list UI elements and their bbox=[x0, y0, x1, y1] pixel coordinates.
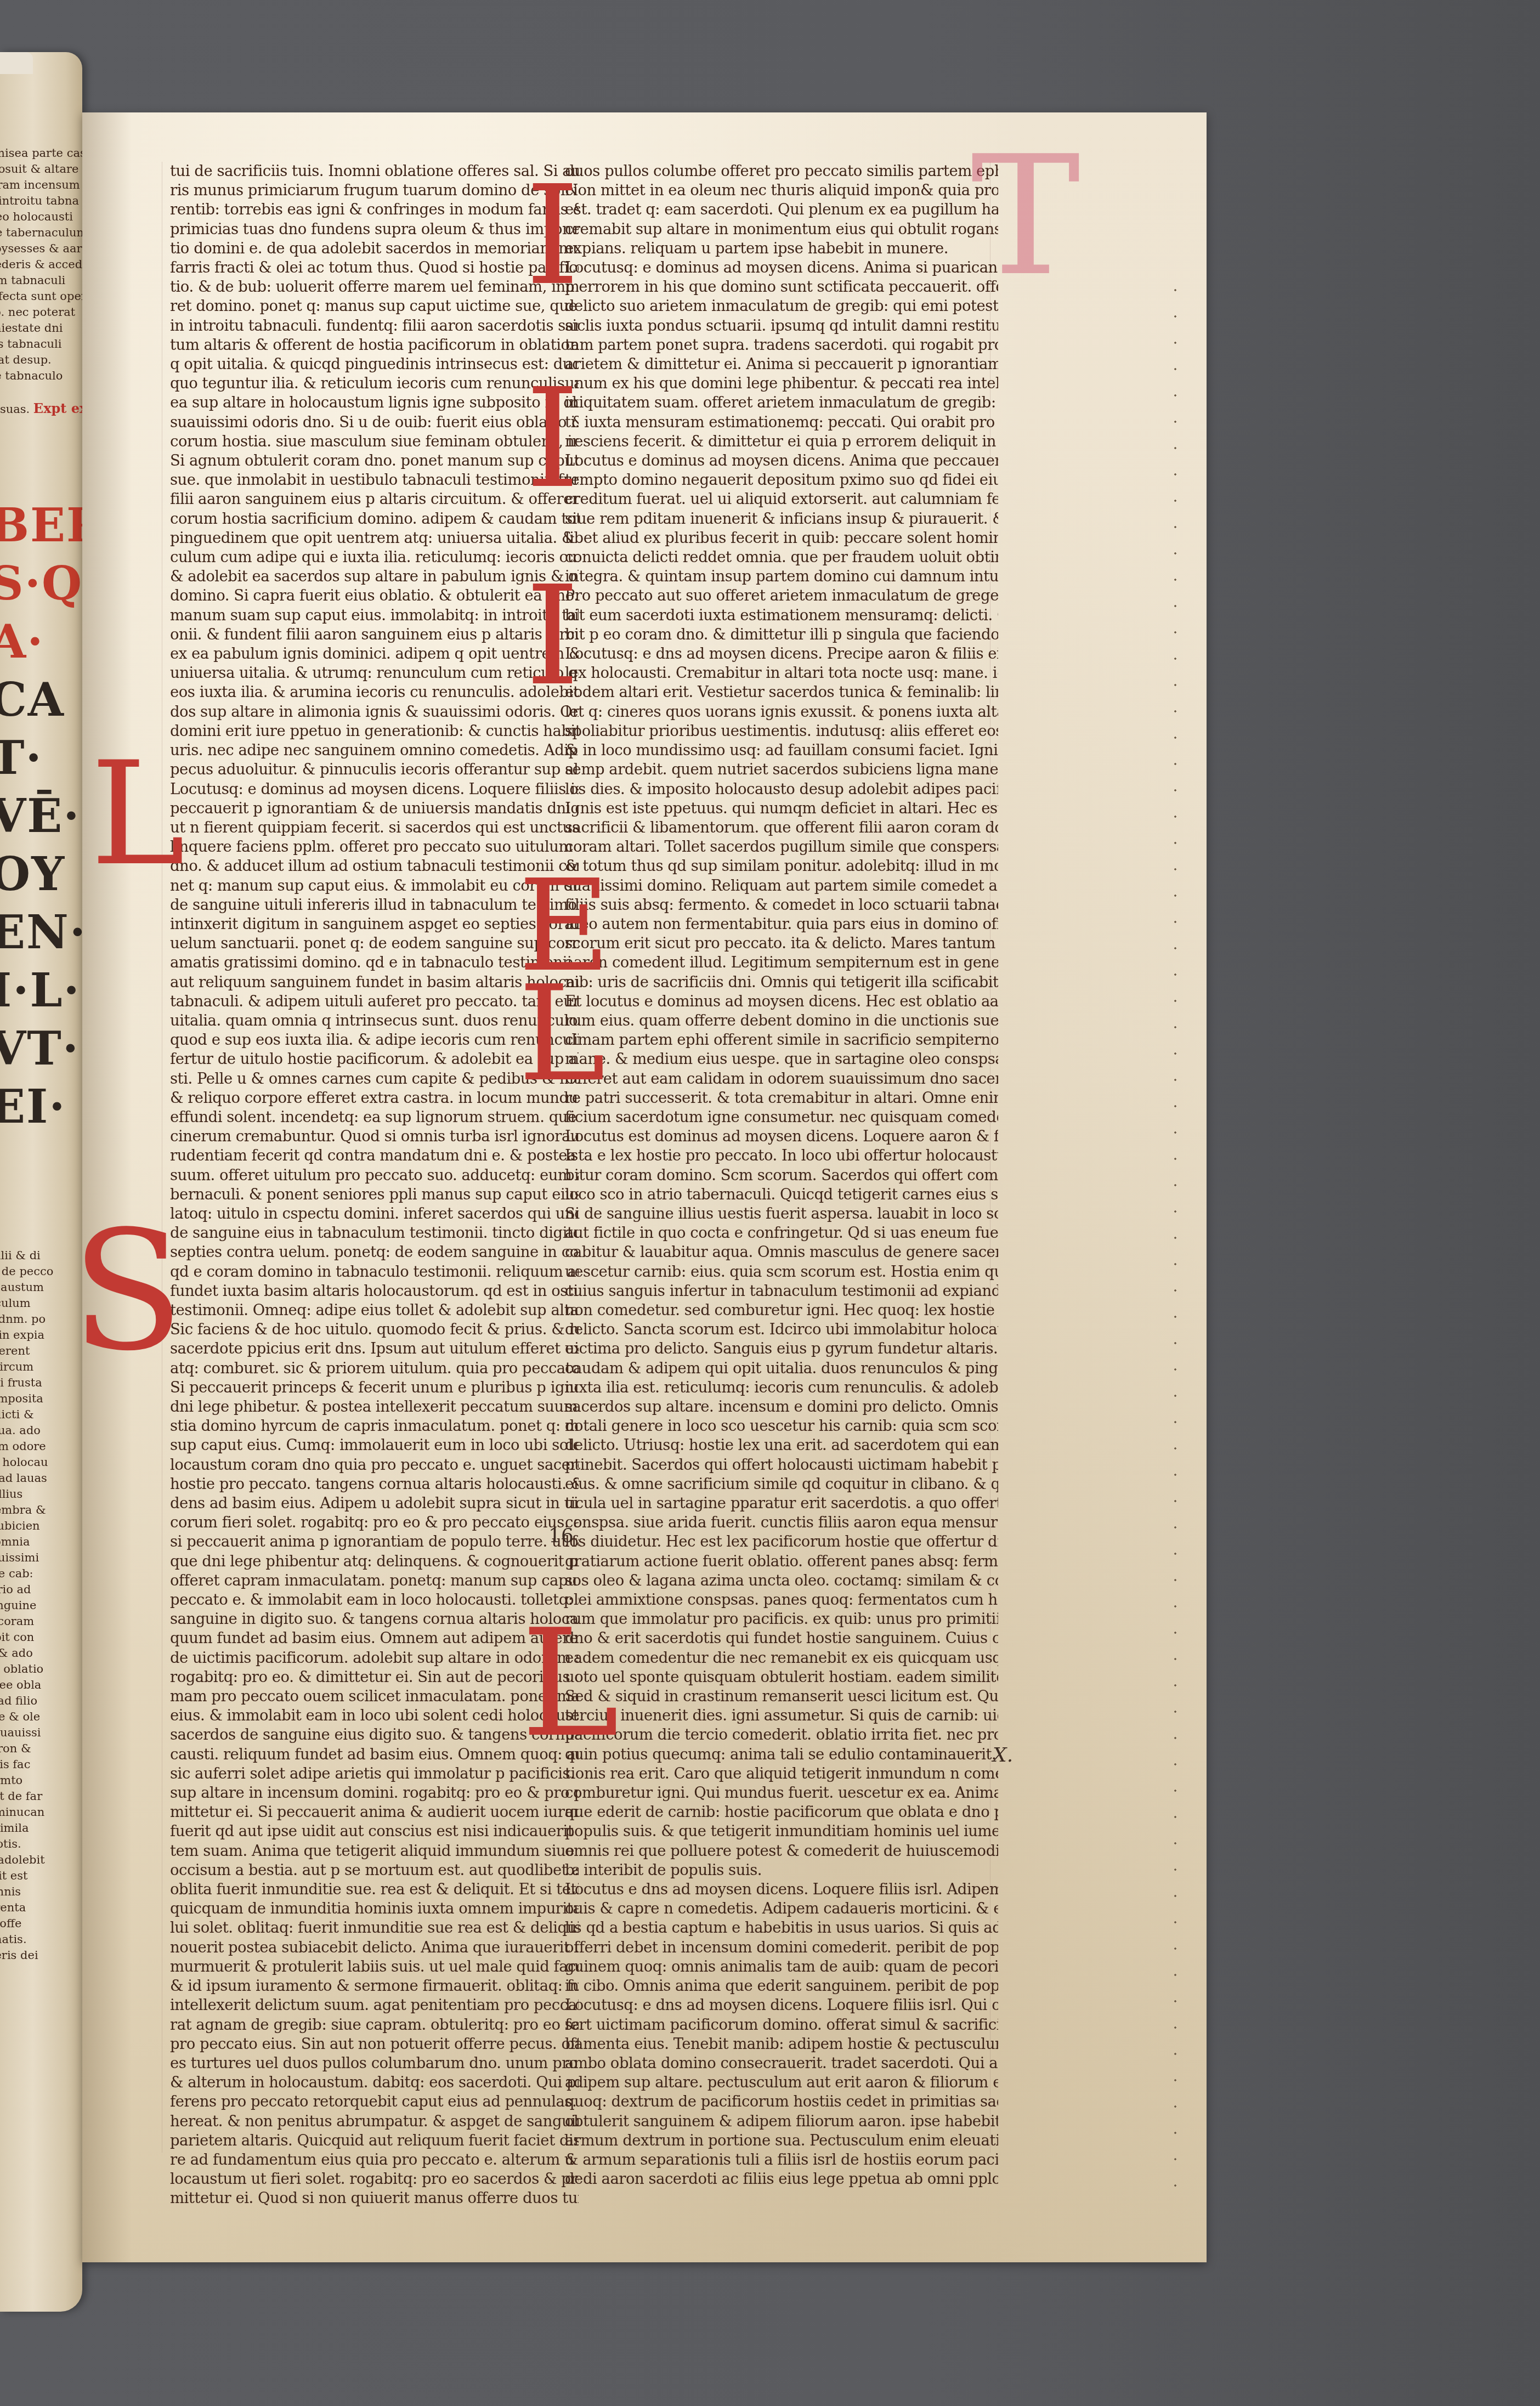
text-line: atq: comburet. sic & priorem uitulum. qu… bbox=[170, 1359, 579, 1378]
text-line: eodem altari erit. Vestietur sacerdos tu… bbox=[565, 683, 998, 702]
text-line: a omnia bbox=[0, 1534, 77, 1550]
text-line: . Posuit & altare bbox=[0, 161, 77, 177]
text-line: rdotis. bbox=[0, 1836, 77, 1852]
text-line: ea sup altare in holocaustum lignis igne… bbox=[170, 393, 579, 412]
text-line: guinem quoq: omnis animalis tam de auib:… bbox=[565, 1957, 998, 1977]
text-line: comburetur igni. Qui mundus fuerit. uesc… bbox=[565, 1784, 998, 1803]
text-line: sup caput eius. Cumq: immolauerit eum in… bbox=[170, 1436, 579, 1455]
text-line: lis qd a bestia captum e habebitis in us… bbox=[565, 1918, 998, 1938]
text-line: sacrificii & libamentorum. que offerent … bbox=[565, 818, 998, 837]
text-line: corum hostia. siue masculum siue feminam… bbox=[170, 432, 579, 451]
text-line: iniquitatem suam. offeret arietem inmacu… bbox=[565, 393, 998, 412]
incipit-row: BER· bbox=[0, 496, 82, 554]
text-line: arietem & dimittetur ei. Anima si peccau… bbox=[565, 355, 998, 374]
text-line: uescetur carnib: eius. quia scm scorum e… bbox=[565, 1263, 998, 1282]
initial-S: S bbox=[71, 1209, 184, 1374]
text-line: uris. nec adipe nec sanguinem omnino com… bbox=[170, 741, 579, 760]
text-line: intellexerit delictum suum. agat peniten… bbox=[170, 1996, 579, 2015]
text-line: dedi aaron sacerdoti ac filiis eius lege… bbox=[565, 2170, 998, 2189]
text-line: & reliquo corpore efferet extra castra. … bbox=[170, 1089, 579, 1108]
text-line: ris holocau bbox=[0, 1454, 77, 1470]
text-line: s filii & di bbox=[0, 1248, 77, 1264]
text-line: pes tabnaculi bbox=[0, 336, 77, 352]
text-line: filiis suis absq: fermento. & comedet in… bbox=[565, 896, 998, 915]
explicit-prefix: es suas. bbox=[0, 403, 30, 416]
text-line: Locutus e dominus ad moysen dicens. Anim… bbox=[565, 451, 998, 471]
text-line: Ignis est iste ppetuus. qui numqm defici… bbox=[565, 799, 998, 818]
incipit-row: VT· bbox=[0, 1020, 82, 1078]
text-line: ticula uel in sartagine pparatur erit sa… bbox=[565, 1494, 998, 1513]
text-line: sti. Pelle u & omnes carnes cum capite &… bbox=[170, 1069, 579, 1089]
text-line: & alterum in holocaustum. dabitq: eos sa… bbox=[170, 2073, 579, 2092]
text-line: intinxerit digitum in sanguinem aspget e… bbox=[170, 915, 579, 934]
text-line: re ad fundamentum eius quia pro peccato … bbox=[170, 2150, 579, 2170]
left-page-text-lower: s filii & dino de peccolocaustumuiculumb… bbox=[0, 1248, 77, 1963]
text-line: Sed & siquid in crastinum remanserit ues… bbox=[565, 1687, 998, 1706]
text-line: mminucan bbox=[0, 1804, 77, 1820]
text-line: testimonii. Omneq: adipe eius tollet & a… bbox=[170, 1301, 579, 1320]
text-line: mane. & medium eius uespe. que in sartag… bbox=[565, 1050, 998, 1069]
text-line: uoto uel sponte quisquam obtulerit hosti… bbox=[565, 1668, 998, 1687]
text-line: . de cab: bbox=[0, 1566, 77, 1582]
text-line: moysesses & aaron bbox=[0, 241, 77, 257]
text-line: creditum fuerat. uel ui aliquid extorser… bbox=[565, 490, 998, 509]
text-line: tabnaculi. & adipem uituli auferet pro p… bbox=[170, 992, 579, 1011]
text-line: cabitur & lauabitur aqua. Omnis masculus… bbox=[565, 1243, 998, 1262]
text-line: Si peccauerit princeps & fecerit unum e … bbox=[170, 1378, 579, 1397]
text-line: adipem sup altare. pectusculum aut erit … bbox=[565, 2073, 998, 2092]
text-line: s& oblatio bbox=[0, 1661, 77, 1677]
text-line: bamenta eius. Tenebit manib: adipem host… bbox=[565, 2035, 998, 2054]
text-line: eius. & immolabit eam in loco ubi solent… bbox=[170, 1706, 579, 1725]
text-line: dos sup altare in alimonia ignis & suaui… bbox=[170, 703, 579, 722]
text-line: uniuersa uitalia. & utrumq: renunculum c… bbox=[170, 664, 579, 683]
text-line: aaron comedent illud. Legitimum sempiter… bbox=[565, 953, 998, 972]
text-line: tio. & de bub: uoluerit offerre marem ue… bbox=[170, 278, 579, 297]
text-line: aut fictile in quo cocta e confringetur.… bbox=[565, 1224, 998, 1243]
text-line: delicto suo arietem inmaculatum de gregi… bbox=[565, 297, 998, 316]
text-line: fuerit qd aut ipse uidit aut conscius es… bbox=[170, 1822, 579, 1841]
text-line: est. tradet q: eam sacerdoti. Qui plenum… bbox=[565, 200, 998, 219]
text-line: uitalia. quam omnia q intrinsecus sunt. … bbox=[170, 1011, 579, 1031]
text-line: rat agnam de gregib: siue capram. obtule… bbox=[170, 2016, 579, 2035]
text-line: aio. nec poterat bbox=[0, 304, 77, 320]
text-line: & coram bbox=[0, 1614, 77, 1629]
text-line: aut reliquum sanguinem fundet in basim a… bbox=[170, 973, 579, 992]
text-line: pacificorum die tercio comederit. oblati… bbox=[565, 1725, 998, 1745]
text-line: conspsa. siue arida fuerit. cunctis fili… bbox=[565, 1513, 998, 1532]
text-line: Locutusq: e dominus ad moysen dicens. An… bbox=[565, 258, 998, 278]
text-line: sacerdos de sanguine eius digito suo. & … bbox=[170, 1725, 579, 1745]
text-line: obtulerit sanguinem & adipem filiorum aa… bbox=[565, 2112, 998, 2131]
text-line: expians. reliquam u partem ipse habebit … bbox=[565, 239, 998, 258]
text-line: re patri successerit. & tota cremabitur … bbox=[565, 1089, 998, 1108]
text-line: iuxta ilia est. reticulumq: iecoris cum … bbox=[565, 1378, 998, 1397]
text-line: offerri debet in incensum domini comeder… bbox=[565, 1938, 998, 1957]
text-line: siue rem pditam inuenerit & inficians in… bbox=[565, 509, 998, 529]
text-line: nouerit postea subiacebit delicto. Anima… bbox=[170, 1938, 579, 1957]
text-line: ret domino. ponet q: manus sup caput uic… bbox=[170, 297, 579, 316]
text-line: occisum a bestia. aut p se mortuum est. … bbox=[170, 1861, 579, 1880]
text-line: quum fundet ad basim eius. Omnem aut adi… bbox=[170, 1629, 579, 1648]
text-line: nesciens fecerit. & dimittetur ei quia p… bbox=[565, 432, 998, 451]
text-line: uelum sanctuarii. ponet q: de eodem sang… bbox=[170, 934, 579, 953]
text-line: corum hostia sacrificium domino. adipem … bbox=[170, 509, 579, 529]
explicit-line: es suas. Expt exod bbox=[0, 400, 77, 417]
text-line: sue. que inmolabit in uestibulo tabnacul… bbox=[170, 471, 579, 490]
text-line: de sanguine uituli infereris illud in ta… bbox=[170, 896, 579, 915]
text-line: sos oleo & lagana azima uncta oleo. coct… bbox=[565, 1571, 998, 1590]
explicit-rubric: Expt exod bbox=[33, 400, 82, 416]
manuscript-page: tui de sacrificiis tuis. Inomni oblation… bbox=[82, 112, 1207, 2262]
text-line: eadem comedentur die nec remanebit ex ei… bbox=[565, 1649, 998, 1668]
text-line: locaustum ut fieri solet. rogabitq: pro … bbox=[170, 2170, 579, 2189]
text-line: tem suam. Anima que tetigerit aliquid im… bbox=[170, 1842, 579, 1861]
text-line: fertur de uitulo hostie pacificorum. & a… bbox=[170, 1050, 579, 1069]
incipit-row: EN· bbox=[0, 903, 82, 961]
text-line: foeris dei bbox=[0, 1948, 77, 1963]
initial-L-lower: L bbox=[521, 1610, 619, 1758]
text-line: ebat desup. bbox=[0, 352, 77, 368]
text-line: rum eius. quam offerre debent domino in … bbox=[565, 1011, 998, 1031]
text-line: ouis & capre n comedetis. Adipem cadauer… bbox=[565, 1899, 998, 1918]
text-line: loco sco in atrio tabernaculi. Quicqd te… bbox=[565, 1185, 998, 1204]
text-line: bit eum sacerdoti iuxta estimationem men… bbox=[565, 606, 998, 625]
text-line: Offeret aut eam calidam in odorem suauis… bbox=[565, 1069, 998, 1089]
text-line: linquere faciens pplm. offeret pro pecca… bbox=[170, 837, 579, 857]
text-column-a: tui de sacrificiis tuis. Inomni oblation… bbox=[170, 162, 579, 2209]
left-page: e misea parte castra. Posuit & altarecor… bbox=[0, 52, 82, 2312]
text-line: suum. offeret uitulum pro peccato suo. a… bbox=[170, 1166, 579, 1185]
text-line: leris fac bbox=[0, 1757, 77, 1773]
folio-mark: 16 bbox=[548, 1525, 574, 1547]
faded-initial-T: T bbox=[971, 134, 1080, 299]
text-line: b: interibit de populis suis. bbox=[565, 1861, 998, 1880]
incipit-row: CA bbox=[0, 671, 82, 729]
initial-L-under-E: L bbox=[518, 968, 605, 1100]
text-line: delicto. Utriusq: hostie lex una erit. a… bbox=[565, 1436, 998, 1455]
text-line: los dies. & imposito holocausto desup ad… bbox=[565, 780, 998, 799]
text-line: net q: manum sup caput eius. & immolabit… bbox=[170, 876, 579, 896]
text-line: Pro peccato aut suo offeret arietem inma… bbox=[565, 586, 998, 605]
text-line: offeret capram inmaculatam. ponetq: manu… bbox=[170, 1571, 579, 1590]
text-line: ut n fierent quippiam fecerit. si sacerd… bbox=[170, 818, 579, 837]
text-line: p errorem in his que domino sunt sctific… bbox=[565, 278, 998, 297]
text-line: dno & erit sacerdotis qui fundet hostie … bbox=[565, 1629, 998, 1648]
text-line: spoliabitur prioribus uestimentis. indut… bbox=[565, 722, 998, 741]
text-line: lebit con bbox=[0, 1629, 77, 1645]
text-line: tui de sacrificiis tuis. Inomni oblation… bbox=[170, 162, 579, 181]
text-line: sanguine in digito suo. & tangens cornua… bbox=[170, 1610, 579, 1629]
text-line: stia domino hyrcum de capris inmaculatum… bbox=[170, 1417, 579, 1436]
text-line: Sic faciens & de hoc uitulo. quomodo fec… bbox=[170, 1320, 579, 1339]
incipit-display-capitals: BER·S·Q·A·CAT·VĒ·OYEN·I·L·VT·EI· bbox=[0, 496, 82, 1136]
initial-L-left: L bbox=[90, 743, 185, 886]
text-line: : subicien bbox=[0, 1518, 77, 1534]
page-corner-tab bbox=[0, 52, 33, 74]
incipit-row: OY bbox=[0, 845, 82, 903]
text-line: in cibo. Omnis anima que ederit sanguine… bbox=[565, 1977, 998, 1996]
text-line: causti. reliquum fundet ad basim eius. O… bbox=[170, 1745, 579, 1764]
text-line: lui solet. oblitaq: fuerit inmunditie su… bbox=[170, 1918, 579, 1938]
text-line: ex ea pabulum ignis dominici. adipem q o… bbox=[170, 644, 579, 664]
ruling-line bbox=[162, 162, 162, 2153]
text-line: q: in expia bbox=[0, 1327, 77, 1343]
text-line: quoq: dextrum de pacificorum hostiis ced… bbox=[565, 2092, 998, 2111]
text-line: los diuidetur. Hec est lex pacificorum h… bbox=[565, 1532, 998, 1552]
text-line: bit p eo coram dno. & dimittetur illi p … bbox=[565, 625, 998, 644]
text-line: septies contra uelum. ponetq: de eodem s… bbox=[170, 1243, 579, 1262]
text-line: dni lege phibetur. & postea intellexerit… bbox=[170, 1397, 579, 1417]
text-line: coram altari. Tollet sacerdos pugillum s… bbox=[565, 837, 998, 857]
text-line: s circum bbox=[0, 1359, 77, 1375]
text-line: latoq: uitulo in cspectu domini. inferet… bbox=[170, 1204, 579, 1224]
left-page-text-upper: e misea parte castra. Posuit & altarecor… bbox=[0, 145, 77, 384]
text-line: eius. & omne sacrificium simile qd coqui… bbox=[565, 1475, 998, 1494]
text-line: delicti & bbox=[0, 1407, 77, 1423]
text-line: es turtures uel duos pullos columbarum d… bbox=[170, 2054, 579, 2073]
text-line: erit de far bbox=[0, 1788, 77, 1804]
text-line: ambo oblata domino consecrauerit. tradet… bbox=[565, 2054, 998, 2073]
incipit-row: EI· bbox=[0, 1078, 82, 1136]
text-line: cuius sanguis infertur in tabnaculum tes… bbox=[565, 1282, 998, 1301]
text-line: & armum separationis tuli a filiis isrl … bbox=[565, 2150, 998, 2170]
text-line: fert uictimam pacificorum domino. offera… bbox=[565, 2016, 998, 2035]
text-line: & id ipsum iuramento & sermone firmaueri… bbox=[170, 1977, 579, 1996]
text-line: eos iuxta ilia. & arumina iecoris cu ren… bbox=[170, 683, 579, 702]
text-line: no de pecco bbox=[0, 1264, 77, 1280]
text-line: suauissimi domino. Reliquam aut partem s… bbox=[565, 876, 998, 896]
text-line: quin potius quecumq: anima tali se eduli… bbox=[565, 1745, 998, 1764]
text-line: & in loco mundissimo usq: ad fauillam co… bbox=[565, 741, 998, 760]
text-line: in introitu tabna bbox=[0, 193, 77, 209]
text-line: amatis gratissimi domino. qd e in tabnac… bbox=[170, 953, 579, 972]
text-line: primicias tuas dno fundens supra oleum &… bbox=[170, 220, 579, 239]
text-line: mam pro peccato ouem scilicet inmaculata… bbox=[170, 1687, 579, 1706]
text-line: lex holocausti. Cremabitur in altari tot… bbox=[565, 664, 998, 683]
text-line: conuicta delicti reddet omnia. que per f… bbox=[565, 548, 998, 567]
text-line: suauissimi odoris dno. Si u de ouib: fue… bbox=[170, 413, 579, 432]
text-line: Omnis bbox=[0, 1884, 77, 1900]
text-line: ur i frusta bbox=[0, 1375, 77, 1391]
text-line: fermto bbox=[0, 1773, 77, 1788]
text-line: scorum erit sicut pro peccato. ita & del… bbox=[565, 934, 998, 953]
text-line: corio ad bbox=[0, 1582, 77, 1598]
text-line: foederis & accede bbox=[0, 257, 77, 273]
incipit-row: I·L· bbox=[0, 961, 82, 1020]
text-line: locaustum bbox=[0, 1280, 77, 1295]
text-line: pecus aduoluitur. & pinnuculis iecoris o… bbox=[170, 760, 579, 779]
text-line: semp ardebit. quem nutriet sacerdos subi… bbox=[565, 760, 998, 779]
text-line: oblita fuerit inmunditie sue. rea est & … bbox=[170, 1880, 579, 1899]
text-line: peccauerit p ignorantiam & de uniuersis … bbox=[170, 799, 579, 818]
text-line: duos pullos columbe offeret pro peccato … bbox=[565, 162, 998, 181]
text-line: ti. iuxta mensuram estimationemq: peccat… bbox=[565, 413, 998, 432]
text-line: composita bbox=[0, 1391, 77, 1407]
text-line: bernaculi. & ponent seniores ppli manus … bbox=[170, 1185, 579, 1204]
text-line: de uictimis pacificorum. adolebit sup al… bbox=[170, 1649, 579, 1668]
text-line: & totum thus qd sup similam ponitur. ado… bbox=[565, 857, 998, 876]
text-line: Locutusq: e dns ad moysen dicens. Precip… bbox=[565, 644, 998, 664]
text-line: Ista e lex hostie pro peccato. In loco u… bbox=[565, 1146, 998, 1165]
text-line: mittetur ei. Quod si non quiuerit manus … bbox=[170, 2189, 579, 2208]
text-line: que dni lege phibentur atq: delinquens. … bbox=[170, 1552, 579, 1571]
text-line: caudam & adipem qui opit uitalia. duos r… bbox=[565, 1359, 998, 1378]
text-line: uictima pro delicto. Sanguis eius p gyru… bbox=[565, 1339, 998, 1358]
text-line: libet aliud ex pluribus fecerit in quib:… bbox=[565, 529, 998, 548]
text-line: que ederit de carnib: hostie pacificorum… bbox=[565, 1803, 998, 1822]
incipit-row: S·Q· bbox=[0, 554, 82, 613]
text-line: uauissimi bbox=[0, 1550, 77, 1566]
text-line: quit est bbox=[0, 1868, 77, 1884]
text-line: de sanguine eius in tabnaculum testimoni… bbox=[170, 1224, 579, 1243]
text-line: unum ex his que domini lege phibentur. &… bbox=[565, 374, 998, 393]
text-line: tercius inuenerit dies. igni assumetur. … bbox=[565, 1706, 998, 1725]
text-line: e simila bbox=[0, 1820, 77, 1836]
text-line: domini erit iure ppetuo in generationib:… bbox=[170, 722, 579, 741]
incipit-row: T· bbox=[0, 729, 82, 787]
text-line: qd e coram domino in tabnaculo testimoni… bbox=[170, 1263, 579, 1282]
text-line: non comedetur. sed comburetur igni. Hec … bbox=[565, 1301, 998, 1320]
text-line: ficium sacerdotum igne consumetur. nec q… bbox=[565, 1108, 998, 1127]
text-line: & adolebit bbox=[0, 1852, 77, 1868]
text-line: sacerdote ppicius erit dns. Ipsum aut ui… bbox=[170, 1339, 579, 1358]
text-line: tum altaris & offerent de hostia pacific… bbox=[170, 336, 579, 355]
text-line: omnis rei que polluere potest & comederi… bbox=[565, 1842, 998, 1861]
text-line: uem odore bbox=[0, 1439, 77, 1454]
text-line: ris munus primiciarum frugum tuarum domi… bbox=[170, 181, 579, 200]
text-line: culum cum adipe qui e iuxta ilia. reticu… bbox=[170, 548, 579, 567]
text-line: sic auferri solet adipe arietis qui immo… bbox=[170, 1764, 579, 1784]
text-line: tio domini e. de qua adolebit sacerdos i… bbox=[170, 239, 579, 258]
text-line: cremabit sup altare in monimentum eius q… bbox=[565, 220, 998, 239]
text-line: pinguedinem que opit uentrem atq: uniuer… bbox=[170, 529, 579, 548]
text-line: Si de sanguine illius uestis fuerit aspe… bbox=[565, 1204, 998, 1224]
text-line: coram incensum aro bbox=[0, 177, 77, 193]
text-line: sacerdos sup altare. incensum e domini p… bbox=[565, 1397, 998, 1417]
text-line: gratiarum actione fuerit oblatio. offere… bbox=[565, 1552, 998, 1571]
text-line: dno. & adducet illum ad ostium tabnaculi… bbox=[170, 857, 579, 876]
text-line: quicquam de inmunditia hominis iuxta omn… bbox=[170, 1899, 579, 1918]
text-line: murmuerit & protulerit labiis suis. ut u… bbox=[170, 1957, 579, 1977]
text-line: farris fracti & olei ac totum thus. Quod… bbox=[170, 258, 579, 278]
text-line: aqua. ado bbox=[0, 1423, 77, 1439]
text-line: si peccauerit anima p ignorantiam de pop… bbox=[170, 1532, 579, 1552]
text-line: corum fieri solet. rogabitq: pro eo & pr… bbox=[170, 1513, 579, 1532]
text-line: populis suis. & que tetigerit inmunditia… bbox=[565, 1822, 998, 1841]
text-line: cimam partem ephi offerent simile in sac… bbox=[565, 1031, 998, 1050]
text-line: Locutus e dns ad moysen dicens. Loquere … bbox=[565, 1880, 998, 1899]
text-line: Locutus est dominus ad moysen dicens. Lo… bbox=[565, 1127, 998, 1146]
text-line: maiestate dni bbox=[0, 320, 77, 336]
text-line: membra & bbox=[0, 1502, 77, 1518]
text-line: pro peccato eius. Sin aut non potuerit o… bbox=[170, 2035, 579, 2054]
text-column-b: duos pullos columbe offeret pro peccato … bbox=[565, 162, 998, 2189]
text-line: ti eo holocausti bbox=[0, 209, 77, 225]
text-line: umatis. bbox=[0, 1932, 77, 1948]
text-line: tionis rea erit. Caro que aliquid tetige… bbox=[565, 1764, 998, 1784]
text-line: Locutusq: e dns ad moysen dicens. Loquer… bbox=[565, 1996, 998, 2015]
text-line: delicto. Sancta scorum est. Idcirco ubi … bbox=[565, 1320, 998, 1339]
text-line: uiculum bbox=[0, 1295, 77, 1311]
text-line: rum tabnaculi bbox=[0, 273, 77, 288]
text-line: Si agnum obtulerit coram dno. ponet manu… bbox=[170, 451, 579, 471]
text-line: nib: uris de sacrificiis dni. Omnis qui … bbox=[565, 973, 998, 992]
incipit-row: A· bbox=[0, 613, 82, 671]
text-line: parietem altaris. Quicquid aut reliquum … bbox=[170, 2131, 579, 2150]
text-line: manum suam sup caput eius. immolabitq: i… bbox=[170, 606, 579, 625]
text-line: mittetur ei. Si peccauerit anima & audie… bbox=[170, 1803, 579, 1822]
text-line: quo teguntur ilia. & reticulum iecoris c… bbox=[170, 374, 579, 393]
text-line: ferenta bbox=[0, 1900, 77, 1916]
initial-I-1: I bbox=[525, 167, 580, 304]
text-line: hereat. & non penitus abrumpatur. & aspg… bbox=[170, 2112, 579, 2131]
text-line: die tabnaculo bbox=[0, 368, 77, 384]
text-line: integra. & quintam insup partem domino c… bbox=[565, 567, 998, 586]
text-line: domino. Si capra fuerit eius oblatio. & … bbox=[170, 586, 579, 605]
text-line: q: ad lauas bbox=[0, 1470, 77, 1486]
pricking-holes bbox=[1174, 277, 1176, 2196]
text-line: q opit uitalia. & quicqd pinguedinis int… bbox=[170, 355, 579, 374]
text-line: onii. & fundent filii aaron sanguinem ei… bbox=[170, 625, 579, 644]
text-line: let q: cineres quos uorans ignis exussit… bbox=[565, 703, 998, 722]
text-line: nile & ole bbox=[0, 1709, 77, 1725]
text-line: effundi solent. incendetq: ea sup lignor… bbox=[170, 1108, 579, 1127]
text-line: filii aaron sanguinem eius p altaris cir… bbox=[170, 490, 579, 509]
text-line: peccato e. & immolabit eam in loco holoc… bbox=[170, 1590, 579, 1610]
text-line: ferens pro peccato retorquebit caput eiu… bbox=[170, 2092, 579, 2111]
text-line: tam partem ponet supra. tradens sacerdot… bbox=[565, 336, 998, 355]
text-line: Non mittet in ea oleum nec thuris aliqui… bbox=[565, 181, 998, 200]
text-line: e suauissi bbox=[0, 1725, 77, 1741]
text-line: cinerum cremabuntur. Quod si omnis turba… bbox=[170, 1127, 579, 1146]
text-line: Locutusq: e dominus ad moysen dicens. Lo… bbox=[170, 780, 579, 799]
text-line: ptinebit. Sacerdos qui offert holocausti… bbox=[565, 1456, 998, 1475]
text-line: quod e sup eos iuxta ilia. & adipe iecor… bbox=[170, 1031, 579, 1050]
text-line: rogabitq: pro eo. & dimittetur ei. Sin a… bbox=[170, 1668, 579, 1687]
text-line: tempto domino negauerit depositum pximo … bbox=[565, 471, 998, 490]
text-line: ricee obla bbox=[0, 1677, 77, 1693]
text-line: & adolebit ea sacerdos sup altare in pab… bbox=[170, 567, 579, 586]
text-line: Et locutus e dominus ad moysen dicens. H… bbox=[565, 992, 998, 1011]
text-line: olei ammixtione conspsas. panes quoq: fe… bbox=[565, 1590, 998, 1610]
text-line: hostie pro peccato. tangens cornua altar… bbox=[170, 1475, 579, 1494]
chapter-number: X. bbox=[993, 1744, 1013, 1767]
text-line: e misea parte castra bbox=[0, 145, 77, 161]
text-line: & ad filio bbox=[0, 1693, 77, 1709]
text-line: dotali genere in loco sco uescetur his c… bbox=[565, 1417, 998, 1436]
text-line: or offe bbox=[0, 1916, 77, 1932]
text-line: Ideo autem non fermentabitur. quia pars … bbox=[565, 915, 998, 934]
incipit-row: VĒ· bbox=[0, 787, 82, 845]
text-line: locaustum coram dno quia pro peccato e. … bbox=[170, 1456, 579, 1475]
text-line: rentib: torrebis eas igni & confringes i… bbox=[170, 200, 579, 219]
text-line: . pfecta sunt opera bbox=[0, 288, 77, 304]
text-line: armum dextrum in portione sua. Pectuscul… bbox=[565, 2131, 998, 2150]
text-line: rum que immolatur pro pacificis. ex quib… bbox=[565, 1610, 998, 1629]
text-line: in introitu tabnaculi. fundentq: filii a… bbox=[170, 316, 579, 336]
text-line: sup altare in incensum domini. rogabitq:… bbox=[170, 1784, 579, 1803]
text-line: ū illius bbox=[0, 1486, 77, 1502]
text-line: bi dnm. po bbox=[0, 1311, 77, 1327]
text-line: rudentiam fecerit qd contra mandatum dni… bbox=[170, 1146, 579, 1165]
initial-I-2: I bbox=[525, 370, 580, 507]
text-line: aaron & bbox=[0, 1741, 77, 1757]
text-line: dens ad basim eius. Adipem u adolebit su… bbox=[170, 1494, 579, 1513]
text-line: sanguine bbox=[0, 1598, 77, 1614]
text-line: bitur coram domino. Scm scorum. Sacerdos… bbox=[565, 1166, 998, 1185]
text-line: offerent bbox=[0, 1343, 77, 1359]
